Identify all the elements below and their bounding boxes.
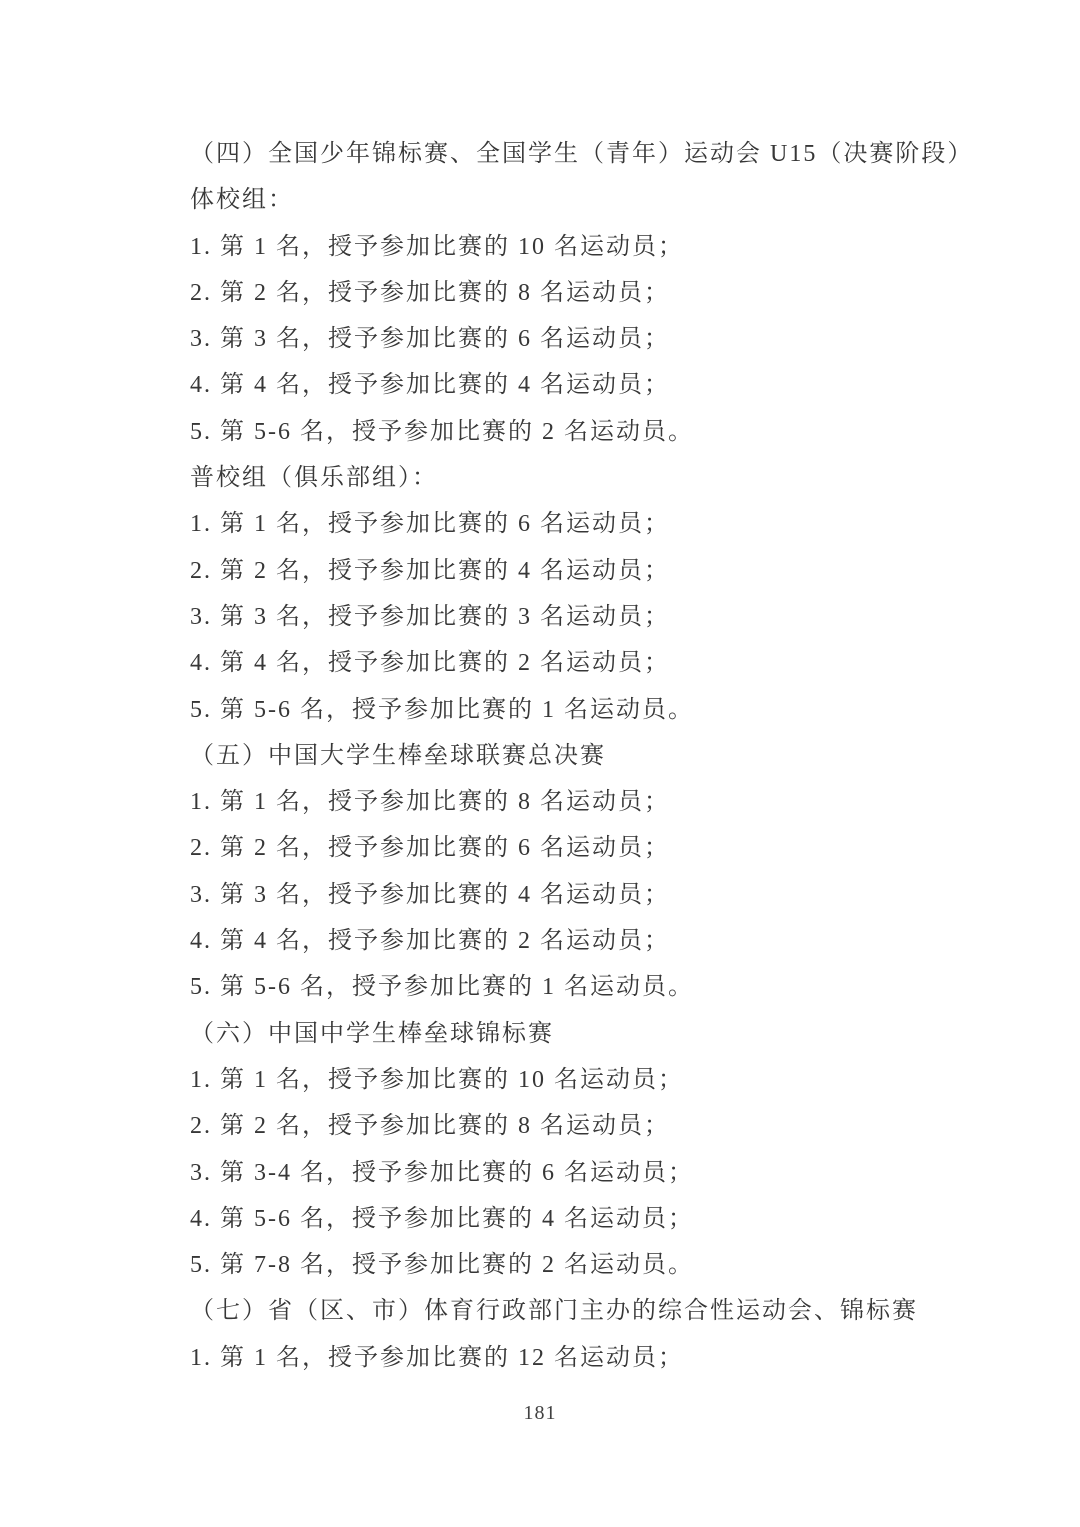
list-item: 4. 第 5-6 名，授予参加比赛的 4 名运动员；	[190, 1196, 970, 1242]
list-item: 1. 第 1 名，授予参加比赛的 12 名运动员；	[190, 1335, 970, 1381]
list-item: 2. 第 2 名，授予参加比赛的 8 名运动员；	[190, 1103, 970, 1149]
list-item: 3. 第 3 名，授予参加比赛的 4 名运动员；	[190, 872, 970, 918]
list-item: 5. 第 5-6 名，授予参加比赛的 1 名运动员。	[190, 964, 970, 1010]
document-page: （四）全国少年锦标赛、全国学生（青年）运动会 U15（决赛阶段） 体校组： 1.…	[0, 0, 1080, 1527]
list-item: 1. 第 1 名，授予参加比赛的 8 名运动员；	[190, 779, 970, 825]
group-label: 体校组：	[190, 177, 970, 223]
list-item: 5. 第 5-6 名，授予参加比赛的 2 名运动员。	[190, 409, 970, 455]
document-body: （四）全国少年锦标赛、全国学生（青年）运动会 U15（决赛阶段） 体校组： 1.…	[190, 131, 970, 1381]
list-item: 4. 第 4 名，授予参加比赛的 4 名运动员；	[190, 362, 970, 408]
list-item: 1. 第 1 名，授予参加比赛的 10 名运动员；	[190, 224, 970, 270]
list-item: 1. 第 1 名，授予参加比赛的 10 名运动员；	[190, 1057, 970, 1103]
list-item: 5. 第 5-6 名，授予参加比赛的 1 名运动员。	[190, 687, 970, 733]
section-heading: （七）省（区、市）体育行政部门主办的综合性运动会、锦标赛	[190, 1288, 970, 1334]
section-heading: （六）中国中学生棒垒球锦标赛	[190, 1011, 970, 1057]
list-item: 2. 第 2 名，授予参加比赛的 6 名运动员；	[190, 825, 970, 871]
list-item: 3. 第 3-4 名，授予参加比赛的 6 名运动员；	[190, 1150, 970, 1196]
section-heading: （四）全国少年锦标赛、全国学生（青年）运动会 U15（决赛阶段）	[190, 131, 970, 177]
list-item: 4. 第 4 名，授予参加比赛的 2 名运动员；	[190, 918, 970, 964]
section-heading: （五）中国大学生棒垒球联赛总决赛	[190, 733, 970, 779]
list-item: 3. 第 3 名，授予参加比赛的 6 名运动员；	[190, 316, 970, 362]
page-number: 181	[0, 1402, 1080, 1425]
list-item: 5. 第 7-8 名，授予参加比赛的 2 名运动员。	[190, 1242, 970, 1288]
list-item: 2. 第 2 名，授予参加比赛的 8 名运动员；	[190, 270, 970, 316]
list-item: 3. 第 3 名，授予参加比赛的 3 名运动员；	[190, 594, 970, 640]
list-item: 1. 第 1 名，授予参加比赛的 6 名运动员；	[190, 501, 970, 547]
list-item: 2. 第 2 名，授予参加比赛的 4 名运动员；	[190, 548, 970, 594]
list-item: 4. 第 4 名，授予参加比赛的 2 名运动员；	[190, 640, 970, 686]
group-label: 普校组（俱乐部组）：	[190, 455, 970, 501]
